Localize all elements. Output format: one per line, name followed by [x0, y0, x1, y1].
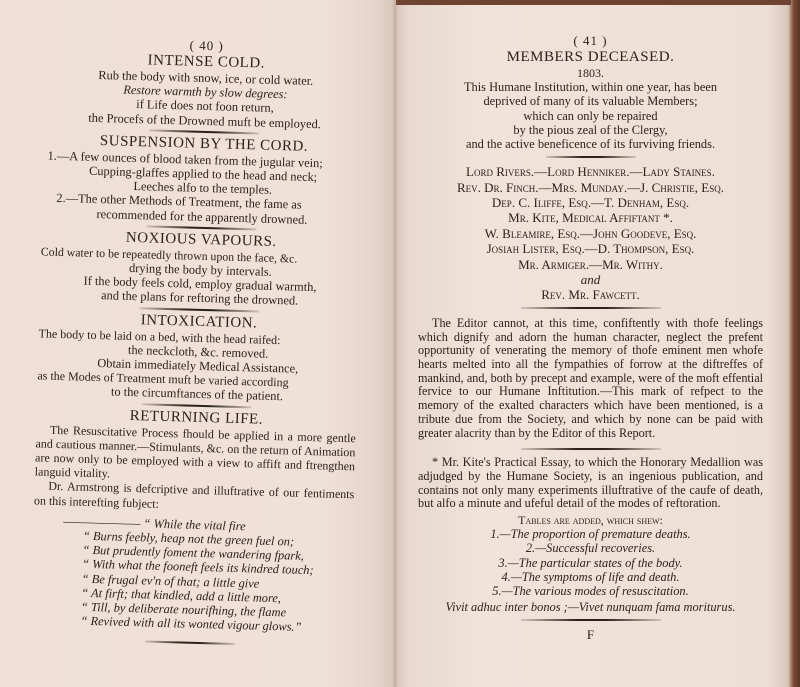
intro-line: and the active beneficence of its furviv… [418, 137, 763, 151]
divider [142, 403, 252, 408]
table-item: 1.—The proportion of premature deaths. [418, 527, 763, 541]
gutter-fold [392, 0, 398, 687]
divider [521, 448, 661, 450]
paragraph: The Resuscitative Process fhould be appl… [35, 422, 356, 488]
divider [149, 129, 259, 134]
intro-line: which can only be repaired [418, 109, 763, 123]
left-page: ( 40 ) INTENSE COLD. Rub the body with s… [30, 0, 368, 651]
member-name-line: Dep. C. Iliffe, Esq.—T. Denham, Esq. [418, 195, 763, 210]
page-number: ( 41 ) [418, 33, 763, 49]
editor-paragraph: The Editor cannot, at this time, confift… [418, 317, 763, 440]
member-name-line: Mr. Kite, Medical Affiftant *. [418, 210, 763, 225]
divider [147, 225, 257, 230]
page-heading: MEMBERS DECEASED. [418, 49, 763, 66]
member-name-line: Rev. Dr. Finch.—Mrs. Munday.—J. Christie… [418, 180, 763, 195]
table-item: 4.—The symptoms of life and death. [418, 570, 763, 584]
member-name-conjunction: and [418, 272, 763, 287]
year: 1803. [418, 66, 763, 80]
signature-mark: F [418, 627, 763, 643]
divider [521, 307, 661, 309]
latin-motto: Vivit adhuc inter bonos ;—Vivet nunquam … [418, 600, 763, 614]
table-item: 3.—The particular states of the body. [418, 556, 763, 570]
intro-line: deprived of many of its valuable Members… [418, 94, 763, 108]
member-name-line: Lord Rivers.—Lord Henniker.—Lady Staines… [418, 164, 763, 179]
divider [521, 619, 661, 621]
member-name-line: W. Bleamire, Esq.—John Goodeve, Esq. [418, 226, 763, 241]
divider [546, 156, 636, 158]
tables-heading: Tables are added, which shew: [418, 513, 763, 527]
divider [145, 640, 235, 645]
member-name-line: Rev. Mr. Fawcett. [418, 287, 763, 302]
footnote-paragraph: * Mr. Kite's Practical Essay, to which t… [418, 456, 763, 511]
right-page: ( 41 ) MEMBERS DECEASED. 1803. This Huma… [418, 0, 763, 643]
intro-line: This Humane Institution, within one year… [418, 80, 763, 94]
table-item: 5.—The various modes of resuscitation. [418, 584, 763, 598]
member-name-line: Mr. Armiger.—Mr. Withy. [418, 257, 763, 272]
member-name-line: Josiah Lister, Esq.—D. Thompson, Esq. [418, 241, 763, 256]
intro-line: by the pious zeal of the Clergy, [418, 123, 763, 137]
table-item: 2.—Successful recoveries. [418, 541, 763, 555]
